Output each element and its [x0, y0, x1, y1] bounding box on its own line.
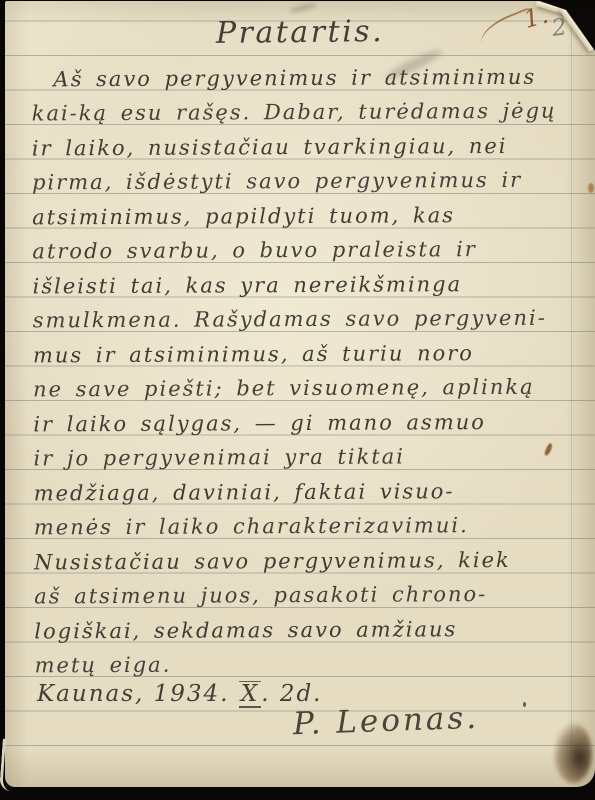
- manuscript-line: smulkmena. Rašydamas savo pergyveni-: [33, 295, 581, 332]
- manuscript-line: logiškai, sekdamas savo amžiaus: [34, 605, 582, 642]
- manuscript-line: kai-ką esu rašęs. Dabar, turėdamas jėgų: [32, 88, 580, 125]
- manuscript-line: Aš savo pergyvenimus ir atsiminimus: [31, 53, 579, 90]
- manuscript-line: išleisti tai, kas yra nereikšminga: [32, 260, 580, 297]
- manuscript-line: menės ir laiko charakterizavimui.: [34, 502, 582, 539]
- date-place-year: Kaunas, 1934.: [37, 681, 239, 707]
- manuscript-line: ne save piešti; bet visuomenę, aplinką: [33, 364, 581, 401]
- manuscript-line: pirma, išdėstyti savo pergyvenimus ir: [32, 157, 580, 194]
- manuscript-line: ir laiko sąlygas, — gi mano asmuo: [33, 398, 581, 435]
- manuscript-line: medžiaga, daviniai, faktai visuo-: [34, 467, 582, 504]
- signature: P. Leonas.: [292, 700, 479, 742]
- manuscript-line: aš atsimenu juos, pasakoti chrono-: [34, 571, 582, 608]
- manuscript-page: 1. 2 Pratartis. Aš savo pergyvenimus ir …: [5, 1, 595, 787]
- manuscript-line: ir laiko, nusistačiau tvarkingiau, nei: [32, 122, 580, 159]
- date-line: Kaunas, 1934. X. 2d.: [37, 681, 323, 708]
- torn-corner-gap: [535, 1, 595, 57]
- photo-backdrop: 1. 2 Pratartis. Aš savo pergyvenimus ir …: [0, 0, 595, 800]
- rust-spot: [588, 183, 594, 193]
- manuscript-line: atrodo svarbu, o buvo praleista ir: [32, 226, 580, 263]
- ink-dot: [523, 702, 526, 707]
- manuscript-line: mus ir atsiminimus, aš turiu noro: [33, 329, 581, 366]
- corner-stain: [554, 723, 592, 783]
- page-title: Pratartis.: [5, 12, 595, 53]
- ink-smudge: [289, 2, 318, 15]
- torn-corner: [535, 1, 595, 57]
- manuscript-line: atsiminimus, papildyti tuom, kas: [32, 191, 580, 228]
- manuscript-body: Aš savo pergyvenimus ir atsiminimus kai-…: [31, 53, 582, 677]
- manuscript-line: metų eiga.: [34, 640, 582, 677]
- date-month-roman: X: [239, 681, 261, 708]
- manuscript-line: Nusistačiau savo pergyvenimus, kiek: [34, 536, 582, 573]
- date-day: . 2d.: [261, 681, 322, 707]
- manuscript-line: ir jo pergyvenimai yra tiktai: [33, 433, 581, 470]
